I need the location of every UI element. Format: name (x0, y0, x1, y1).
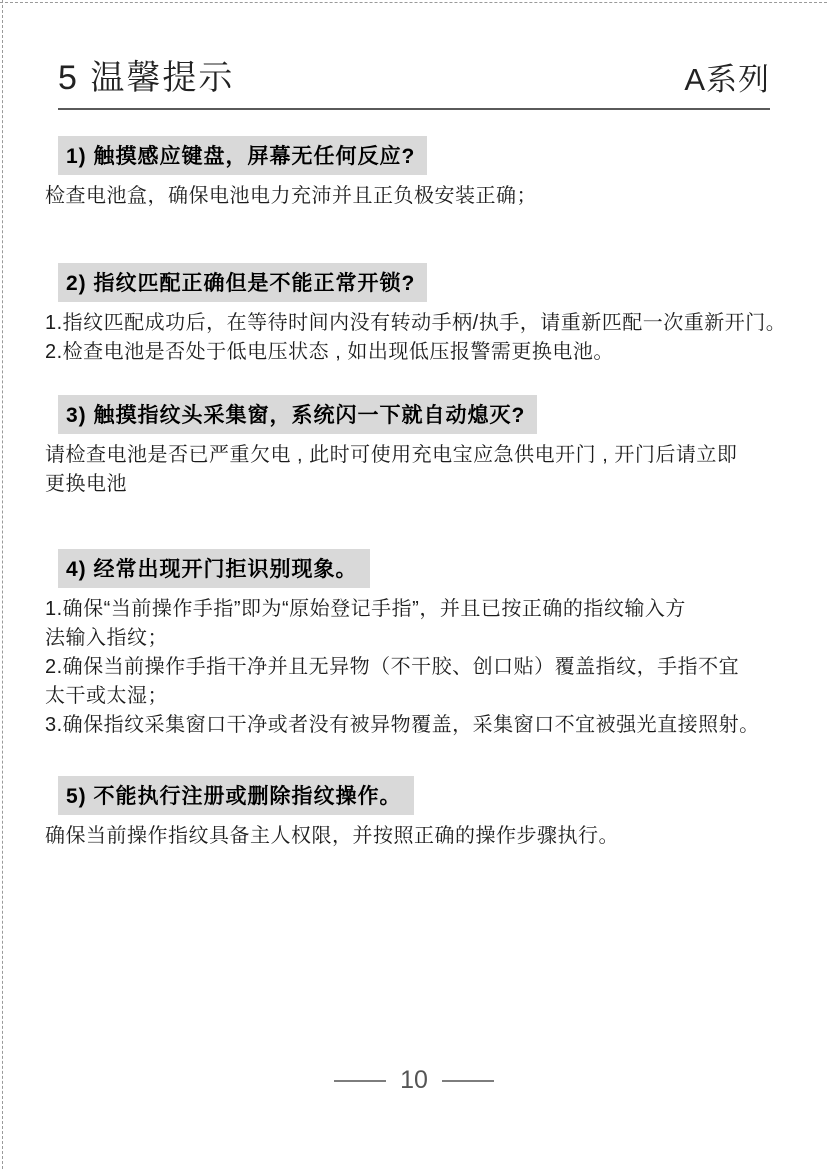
page-title: 5 温馨提示 (58, 50, 234, 99)
faq-heading-3: 3) 触摸指纹头采集窗，系统闪一下就自动熄灭? (58, 395, 537, 434)
faq-body-1: 检查电池盒，确保电池电力充沛并且正负极安装正确； (45, 182, 823, 211)
faq-text-line: 法输入指纹； (45, 624, 823, 653)
faq-text-line: 1.指纹匹配成功后，在等待时间内没有转动手柄/执手，请重新匹配一次重新开门。 (45, 309, 823, 338)
faq-heading-5: 5) 不能执行注册或删除指纹操作。 (58, 776, 414, 815)
page-content: 5 温馨提示 A系列 1) 触摸感应键盘，屏幕无任何反应? 检查电池盒，确保电池… (45, 0, 823, 851)
page-cut-line-left (2, 0, 3, 1169)
faq-body-3: 请检查电池是否已严重欠电 , 此时可使用充电宝应急供电开门 , 开门后请立即 更… (45, 441, 823, 499)
faq-text-line: 2.检查电池是否处于低电压状态 , 如出现低压报警需更换电池。 (45, 338, 823, 367)
page-header: 5 温馨提示 A系列 (58, 0, 770, 110)
faq-body-5: 确保当前操作指纹具备主人权限，并按照正确的操作步骤执行。 (45, 822, 823, 851)
faq-text-line: 1.确保“当前操作手指”即为“原始登记手指”，并且已按正确的指纹输入方 (45, 595, 823, 624)
faq-body-2: 1.指纹匹配成功后，在等待时间内没有转动手柄/执手，请重新匹配一次重新开门。 2… (45, 309, 823, 367)
faq-section-2: 2) 指纹匹配正确但是不能正常开锁? 1.指纹匹配成功后，在等待时间内没有转动手… (45, 263, 823, 367)
faq-heading-2: 2) 指纹匹配正确但是不能正常开锁? (58, 263, 427, 302)
series-label: A系列 (684, 54, 770, 99)
faq-text-line: 请检查电池是否已严重欠电 , 此时可使用充电宝应急供电开门 , 开门后请立即 (45, 441, 823, 470)
faq-body-4: 1.确保“当前操作手指”即为“原始登记手指”，并且已按正确的指纹输入方 法输入指… (45, 595, 823, 740)
faq-text-line: 检查电池盒，确保电池电力充沛并且正负极安装正确； (45, 182, 823, 211)
faq-section-1: 1) 触摸感应键盘，屏幕无任何反应? 检查电池盒，确保电池电力充沛并且正负极安装… (45, 136, 823, 211)
faq-heading-4: 4) 经常出现开门拒识别现象。 (58, 549, 370, 588)
faq-text-line: 更换电池 (45, 470, 823, 499)
page-footer: 10 (58, 1066, 770, 1095)
footer-dash-right (442, 1080, 494, 1082)
faq-text-line: 太干或太湿； (45, 682, 823, 711)
faq-section-4: 4) 经常出现开门拒识别现象。 1.确保“当前操作手指”即为“原始登记手指”，并… (45, 549, 823, 740)
faq-text-line: 3.确保指纹采集窗口干净或者没有被异物覆盖，采集窗口不宜被强光直接照射。 (45, 711, 823, 740)
footer-dash-left (334, 1080, 386, 1082)
faq-section-3: 3) 触摸指纹头采集窗，系统闪一下就自动熄灭? 请检查电池是否已严重欠电 , 此… (45, 395, 823, 499)
faq-text-line: 2.确保当前操作手指干净并且无异物（不干胶、创口贴）覆盖指纹，手指不宜 (45, 653, 823, 682)
faq-section-5: 5) 不能执行注册或删除指纹操作。 确保当前操作指纹具备主人权限，并按照正确的操… (45, 776, 823, 851)
faq-heading-1: 1) 触摸感应键盘，屏幕无任何反应? (58, 136, 427, 175)
page-number: 10 (400, 1066, 428, 1095)
faq-text-line: 确保当前操作指纹具备主人权限，并按照正确的操作步骤执行。 (45, 822, 823, 851)
